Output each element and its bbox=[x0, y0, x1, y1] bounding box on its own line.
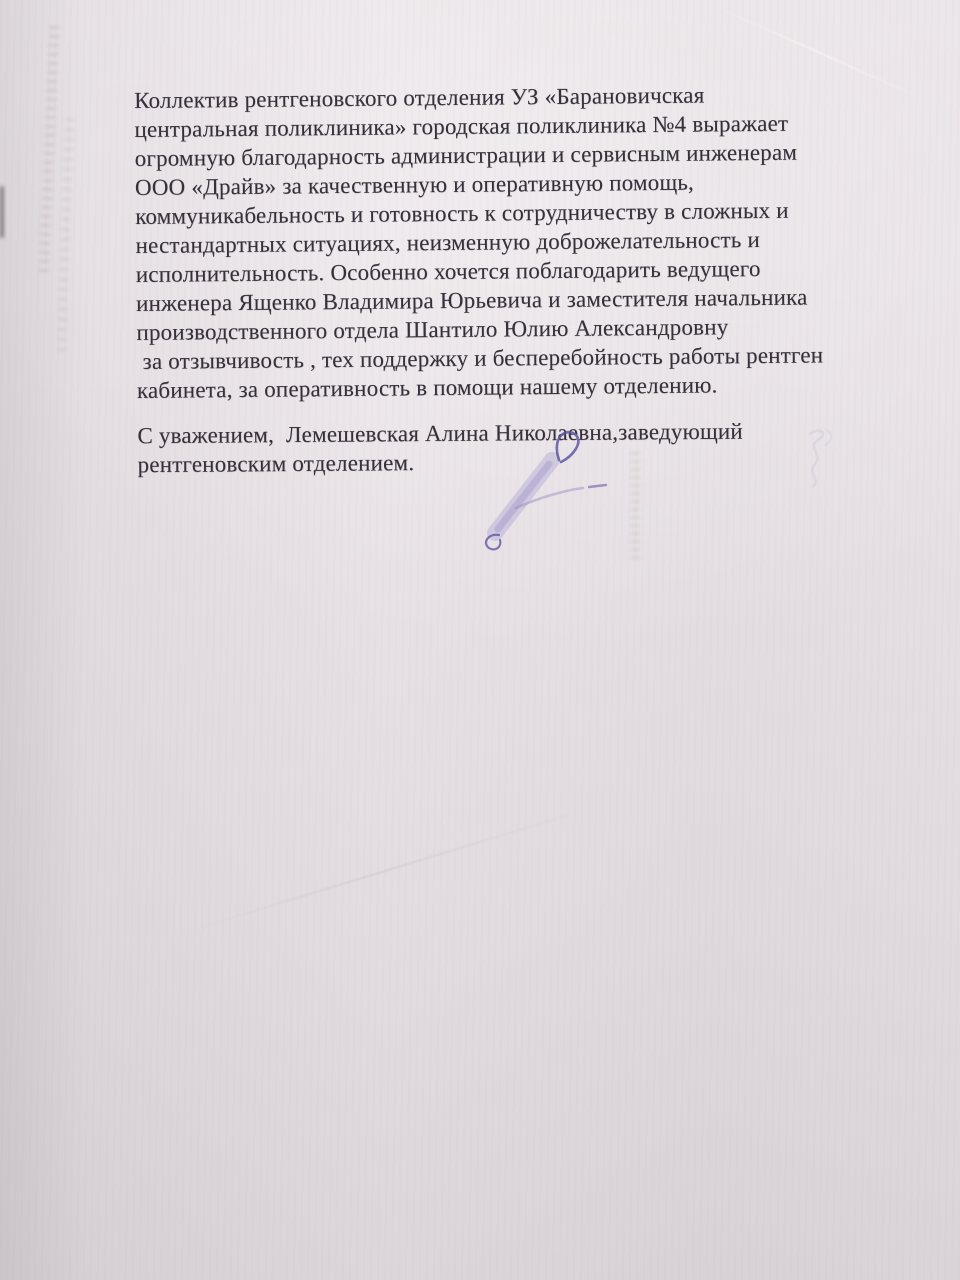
signature-dash bbox=[589, 485, 606, 487]
signature-hook bbox=[486, 535, 500, 550]
ink-bleedthrough-column bbox=[57, 118, 74, 353]
letter-line: рентгеновским отделением. bbox=[137, 445, 877, 480]
ink-bleedthrough-column bbox=[39, 26, 60, 278]
letter-signoff-paragraph: С уважением, Лемешевская Алина Николаевн… bbox=[137, 416, 877, 480]
signature-branch bbox=[516, 488, 583, 508]
photo-edge-artifact bbox=[0, 186, 4, 238]
letter-body-paragraph: Коллектив рентгеновского отделения УЗ «Б… bbox=[134, 79, 877, 405]
paper-crease bbox=[179, 807, 591, 935]
letter-text: Коллектив рентгеновского отделения УЗ «Б… bbox=[134, 79, 878, 480]
photographed-letter-page: Коллектив рентгеновского отделения УЗ «Б… bbox=[0, 0, 960, 1280]
letter-line: кабинета, за оперативность в помощи наше… bbox=[137, 369, 877, 405]
